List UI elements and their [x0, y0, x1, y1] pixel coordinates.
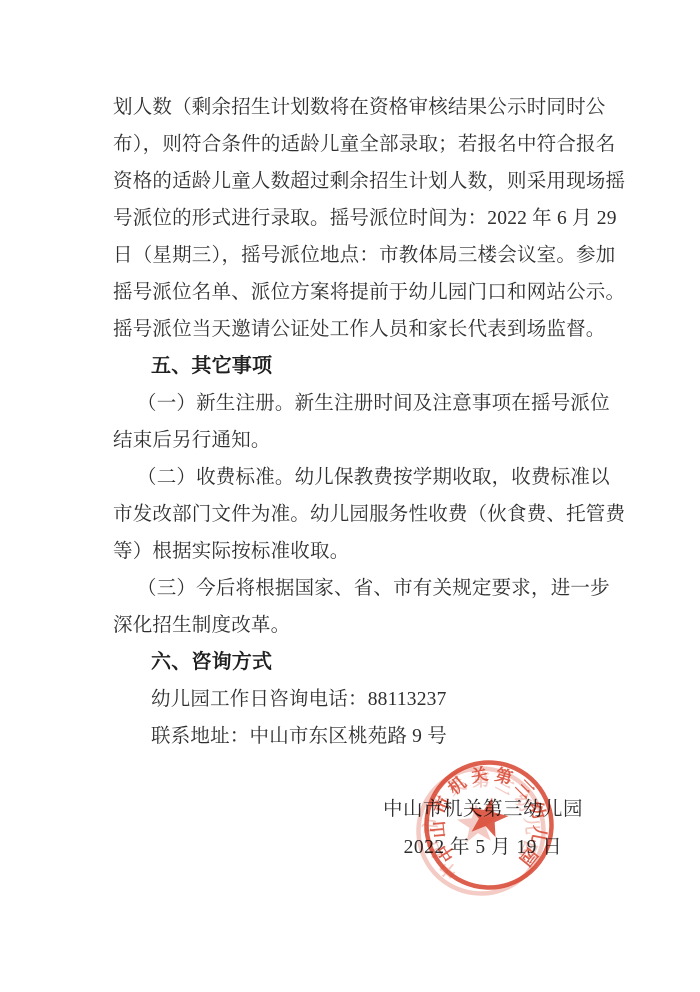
text-line: 布），则符合条件的适龄儿童全部录取；若报名中符合报名	[113, 126, 623, 163]
text-line: 号派位的形式进行录取。摇号派位时间为：2022 年 6 月 29	[113, 200, 623, 237]
section-heading: 六、咨询方式	[113, 644, 623, 681]
text-line: 资格的适龄儿童人数超过剩余招生计划人数，则采用现场摇	[113, 163, 623, 200]
text-line: 摇号派位当天邀请公证处工作人员和家长代表到场监督。	[113, 311, 623, 348]
text-line: 划人数（剩余招生计划数将在资格审核结果公示时同时公	[113, 89, 623, 126]
text-line: 等）根据实际按标准收取。	[113, 533, 623, 570]
text-line: 市发改部门文件为准。幼儿园服务性收费（伙食费、托管费	[113, 496, 623, 533]
body-text: 划人数（剩余招生计划数将在资格审核结果公示时同时公布），则符合条件的适龄儿童全部…	[113, 89, 623, 755]
text-line: 深化招生制度改革。	[113, 607, 623, 644]
signature-block: 中山市机关第三幼儿园 2022 年 5 月 19 日	[333, 791, 633, 867]
signature-date: 2022 年 5 月 19 日	[333, 829, 633, 867]
section-heading: 五、其它事项	[113, 348, 623, 385]
signature-org: 中山市机关第三幼儿园	[333, 791, 633, 829]
text-line: （一）新生注册。新生注册时间及注意事项在摇号派位	[113, 385, 623, 422]
text-line: 结束后另行通知。	[113, 422, 623, 459]
text-line: （二）收费标准。幼儿保教费按学期收取，收费标准以	[113, 459, 623, 496]
text-line: 幼儿园工作日咨询电话：88113237	[113, 681, 623, 718]
text-line: （三）今后将根据国家、省、市有关规定要求，进一步	[113, 570, 623, 607]
text-line: 日（星期三），摇号派位地点：市教体局三楼会议室。参加	[113, 237, 623, 274]
document-page: 划人数（剩余招生计划数将在资格审核结果公示时同时公布），则符合条件的适龄儿童全部…	[0, 0, 700, 992]
text-line: 联系地址：中山市东区桃苑路 9 号	[113, 718, 623, 755]
text-line: 摇号派位名单、派位方案将提前于幼儿园门口和网站公示。	[113, 274, 623, 311]
